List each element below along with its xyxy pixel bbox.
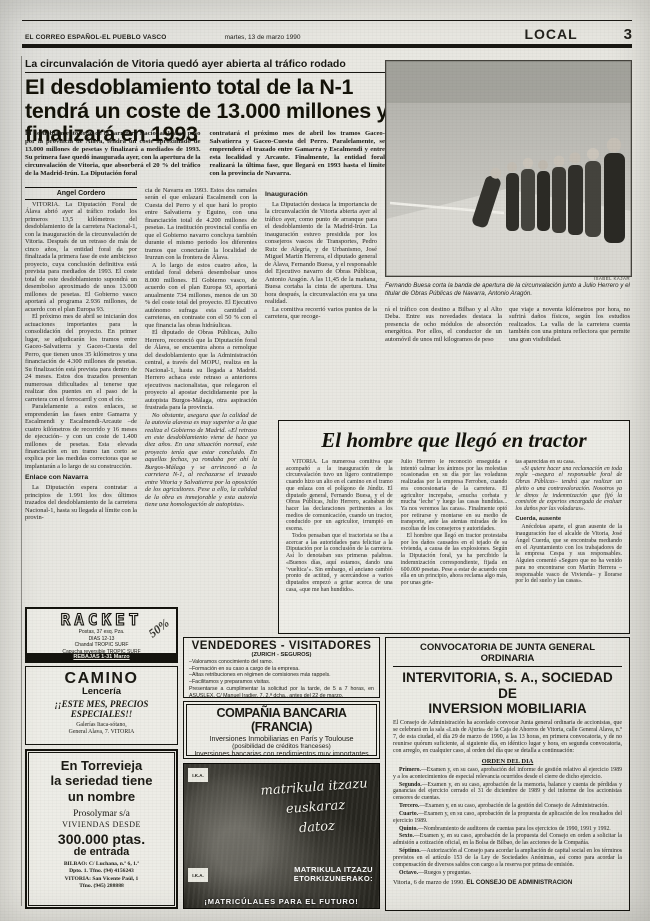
section-label: LOCAL <box>524 26 577 42</box>
item-lead: Octavo. <box>399 870 418 876</box>
top-rule <box>22 20 632 21</box>
item-text: —Autorización al Consejo para acordar la… <box>393 848 622 868</box>
vendedores-subtitle: (ZURICH - SEGUROS) <box>189 652 374 658</box>
inset-column-2: Julio Herrero le reconoció enseguida e i… <box>401 459 508 611</box>
lead-left: El desdoblamiento total de la carretera … <box>25 130 201 178</box>
paragraph: La Diputación espera contratar a princip… <box>25 484 137 521</box>
paragraph: Anécdotas aparte, el gran ausente de la … <box>515 524 622 584</box>
item-lead: Tercero. <box>399 803 419 809</box>
vendedores-title: VENDEDORES - VISITADORES <box>189 640 374 652</box>
item-lead: Primero. <box>399 767 421 773</box>
masthead: EL CORREO ESPAÑOL-EL PUEBLO VASCO martes… <box>25 26 632 43</box>
intervitoria-title: INTERVITORIA, S. A., SOCIEDAD DE INVERSI… <box>393 670 622 717</box>
inset-headline: El hombre que llegó en tractor <box>286 428 622 453</box>
handwritten-slogan: matrikula itzazu euskaraz datoz <box>260 774 371 842</box>
ika-logo: I.K.A. <box>188 768 208 782</box>
paragraph: A lo largo de estos cuatro años, la enti… <box>145 262 257 329</box>
ad-compania-bancaria: COMPAÑIA BANCARIA (FRANCIA) Inversiones … <box>183 701 380 759</box>
ad-convocatoria-intervitoria: CONVOCATORIA DE JUNTA GENERAL ORDINARIA … <box>385 637 630 911</box>
torrevieja-addr-3: VITORIA: San Vicente Paúl, 1 <box>65 876 139 882</box>
paragraph: Julio Herrero le reconoció enseguida e i… <box>401 459 508 533</box>
kicker: La circunvalación de Vitoria quedó ayer … <box>25 58 387 73</box>
byline: Angel Cordero <box>25 187 137 200</box>
slogan-line-3: datoz <box>298 819 335 836</box>
item-lead: Séptimo. <box>399 848 421 854</box>
camino-address-2: General Alava, 7. VITORIA <box>69 729 135 735</box>
ad-racket: RACKET Postas, 37 esq. Pza. DIAS 12-13 C… <box>25 607 178 663</box>
torrevieja-head-2: la seriedad tiene <box>51 773 153 788</box>
caps-line-2: ETORKIZUNERAKO: <box>294 874 373 883</box>
torrevieja-head-1: En Torrevieja <box>61 758 142 773</box>
ad-euskara-matricula: I.K.A. I.K.A. matrikula itzazu euskaraz … <box>183 763 380 909</box>
bancaria-line-3: Inversiones bancarias con rendimientos m… <box>187 751 376 758</box>
paragraph: El diputado de Obras Públicas, Julio Her… <box>145 329 257 411</box>
agenda-item-1: Primero.—Examen y, en su caso, aprobació… <box>393 767 622 781</box>
inset-article-tractor: El hombre que llegó en tractor VITORIA. … <box>278 420 630 634</box>
agenda-item-4: Cuarto.—Examen y, en su caso, aprobación… <box>393 811 622 825</box>
camino-promo-line1: ¡¡ESTE MES, PRECIOS <box>55 699 149 709</box>
paragraph: El próximo mes de abril se iniciarán dos… <box>25 313 137 403</box>
article-column-4: rá el tráfico con destino a Bilbao y al … <box>385 306 502 412</box>
convocatoria-intro: El Consejo de Administración ha acordado… <box>393 720 622 755</box>
paragraph-quote: «Si quiere hacer una reclamación en toda… <box>515 466 622 513</box>
convocatoria-footer: Vitoria, 6 de marzo de 1990. EL CONSEJO … <box>393 879 622 886</box>
item-text: —Nombramiento de auditores de cuentas pa… <box>418 826 611 832</box>
subhead-cuerda-ausente: Cuerda, ausente <box>515 516 622 523</box>
paragraph-quote: No obstante, asegura que la calidad de l… <box>145 412 257 509</box>
bancaria-title: COMPAÑIA BANCARIA (FRANCIA) <box>187 706 376 734</box>
torrevieja-subline: VIVIENDAS DESDE <box>27 820 176 829</box>
ad-torrevieja: En Torrevieja la seriedad tiene un nombr… <box>25 749 178 909</box>
item-text: —Examen y, en su caso, aprobación de la … <box>393 782 622 802</box>
vendedores-bullet-2: –Formación en su caso a cargo de la empr… <box>189 666 374 673</box>
camino-subtitle: Lencería <box>26 686 177 697</box>
spanish-slogan: ¡MATRICÚLALES PARA EL FUTURO! <box>184 897 379 906</box>
item-text: —Examen y, en su caso, aprobación de la … <box>393 833 622 846</box>
caps-line-1: MATRIKULA ITZAZU <box>294 865 373 874</box>
torrevieja-addr-2: Dpto. 1. Tfno. (94) 4156243 <box>69 868 134 874</box>
photo-illustration <box>386 61 631 276</box>
newspaper-page: EL CORREO ESPAÑOL-EL PUEBLO VASCO martes… <box>0 0 650 921</box>
article-column-2: cia de Navarra en 1993. Estos dos ramale… <box>145 187 257 630</box>
title-line-1: INTERVITORIA, S. A., SOCIEDAD DE <box>402 670 613 701</box>
paragraph: rá el tráfico con destino a Bilbao y al … <box>385 306 502 343</box>
article-column-5: que viaje a noventa kilómetros por hora,… <box>509 306 630 412</box>
camino-address: Galerías Itaca-sótano, General Alava, 7.… <box>26 722 177 736</box>
agenda-item-6: Sexto.—Examen y, en su caso, aprobación … <box>393 833 622 847</box>
vendedores-footer: Presentarse a cumplimentar la solicitud … <box>189 686 374 698</box>
paragraph: Paralelamente a estos enlaces, se empren… <box>25 403 137 470</box>
paragraph: La comitiva recorrió varios puntos de la… <box>265 306 377 321</box>
torrevieja-addr-4: Tfno. (945) 288888 <box>79 883 124 889</box>
ad-vendedores: VENDEDORES - VISITADORES (ZURICH - SEGUR… <box>183 637 380 698</box>
agenda-item-3: Tercero.—Examen y, en su caso, aprobació… <box>393 803 622 810</box>
paragraph: tas aparecidas en su casa. <box>515 459 622 466</box>
ribbon-cutting-photo <box>385 60 632 277</box>
paragraph: VITORIA. La Diputación Foral de Álava ab… <box>25 201 137 313</box>
convocatoria-header: CONVOCATORIA DE JUNTA GENERAL ORDINARIA <box>393 642 622 667</box>
newspaper-name: EL CORREO ESPAÑOL-EL PUEBLO VASCO <box>25 34 167 41</box>
ika-logo: I.K.A. <box>188 868 208 882</box>
masthead-rule <box>22 44 632 48</box>
slogan-line-1: matrikula itzazu <box>260 776 368 798</box>
paragraph: La Diputación destaca la importancia de … <box>265 201 377 306</box>
lead-right: contratará el próximo mes de abril los t… <box>210 130 386 178</box>
torrevieja-addr-1: BILBAO: C/ Luchana, n.º 6, 1.º <box>64 861 139 867</box>
title-line-2: INVERSION MOBILIARIA <box>428 701 586 716</box>
photo-credit: ISABEL KAJAR <box>385 276 630 281</box>
paragraph: VITORIA. La numerosa comitiva que acompa… <box>286 459 393 533</box>
orden-del-dia-heading: ORDEN DEL DIA <box>393 758 622 765</box>
torrevieja-price-note: de entrada <box>27 846 176 858</box>
item-text: —Examen y, en su caso, aprobación del in… <box>393 767 622 780</box>
left-column-rule <box>21 56 22 906</box>
matrikula-caps: MATRIKULA ITZAZU ETORKIZUNERAKO: <box>294 865 373 885</box>
camino-address-1: Galerías Itaca-sótano, <box>76 722 127 728</box>
footer-signature: EL CONSEJO DE ADMINISTRACION <box>466 879 572 886</box>
torrevieja-headline: En Torrevieja la seriedad tiene un nombr… <box>27 758 176 804</box>
agenda-item-5: Quinto.—Nombramiento de auditores de cue… <box>393 826 622 833</box>
vendedores-bullet-4: –Facilitamos y preparamos visitas. <box>189 679 374 686</box>
agenda-item-7: Séptimo.—Autorización al Consejo para ac… <box>393 848 622 868</box>
photo-caption: Fernando Buesa corta la banda de apertur… <box>385 282 630 298</box>
torrevieja-head-3: un nombre <box>68 789 135 804</box>
item-text: —Examen y, en su caso, aprobación de la … <box>393 811 622 824</box>
issue-date: martes, 13 de marzo 1990 <box>225 34 301 41</box>
torrevieja-address: BILBAO: C/ Luchana, n.º 6, 1.º Dpto. 1. … <box>27 861 176 890</box>
subhead-enlace-navarra: Enlace con Navarra <box>25 474 137 482</box>
item-text: —Examen y, en su caso, aprobación de la … <box>419 803 608 809</box>
torrevieja-price: 300.000 ptas. <box>27 831 176 847</box>
subhead-inauguracion: Inauguración <box>265 191 377 199</box>
racket-sale-banner: REBAJAS 1-31 Marzo <box>27 653 176 661</box>
item-lead: Sexto. <box>399 833 414 839</box>
inset-column-3: tas aparecidas en su casa. «Si quiere ha… <box>515 459 622 611</box>
lead-paragraph: El desdoblamiento total de la carretera … <box>25 130 385 178</box>
camino-promo-line2: ESPECIALES!! <box>71 709 133 719</box>
paragraph: cia de Navarra en 1993. Estos dos ramale… <box>145 187 257 262</box>
item-lead: Segundo. <box>399 782 422 788</box>
paragraph: Todos pensaban que el tractorista se iba… <box>286 533 393 593</box>
slogan-line-2: euskaraz <box>285 798 345 817</box>
vendedores-bullet-3: –Altas retribuciones en régimen de comis… <box>189 672 374 679</box>
vendedores-bullet-1: –Valoramos conocimiento del ramo. <box>189 659 374 666</box>
agenda-item-8: Octavo.—Ruegos y preguntas. <box>393 870 622 877</box>
bancaria-line-1: Inversiones Inmobiliarias en París y Tou… <box>187 734 376 743</box>
inset-column-1: VITORIA. La numerosa comitiva que acompa… <box>286 459 393 611</box>
paragraph: que viaje a noventa kilómetros por hora,… <box>509 306 630 343</box>
item-lead: Quinto. <box>399 826 418 832</box>
torrevieja-company: Prosolymar s/a <box>27 809 176 819</box>
ad-camino-lenceria: CAMINO Lencería ¡¡ESTE MES, PRECIOS ESPE… <box>25 666 178 745</box>
bancaria-line-2: (posibilidad de créditos franceses) <box>187 743 376 750</box>
agenda-item-2: Segundo.—Examen y, en su caso, aprobació… <box>393 782 622 802</box>
item-lead: Cuarto. <box>399 811 418 817</box>
page-number: 3 <box>624 26 632 43</box>
paragraph: El hombre que llegó en tractor protestab… <box>401 533 508 587</box>
item-text: —Ruegos y preguntas. <box>418 870 471 876</box>
footer-date: Vitoria, 6 de marzo de 1990. <box>393 879 465 886</box>
article-column-3: Inauguración La Diputación destaca la im… <box>265 187 377 413</box>
camino-promo: ¡¡ESTE MES, PRECIOS ESPECIALES!! <box>26 699 177 720</box>
article-column-1: VITORIA. La Diputación Foral de Álava ab… <box>25 201 137 603</box>
